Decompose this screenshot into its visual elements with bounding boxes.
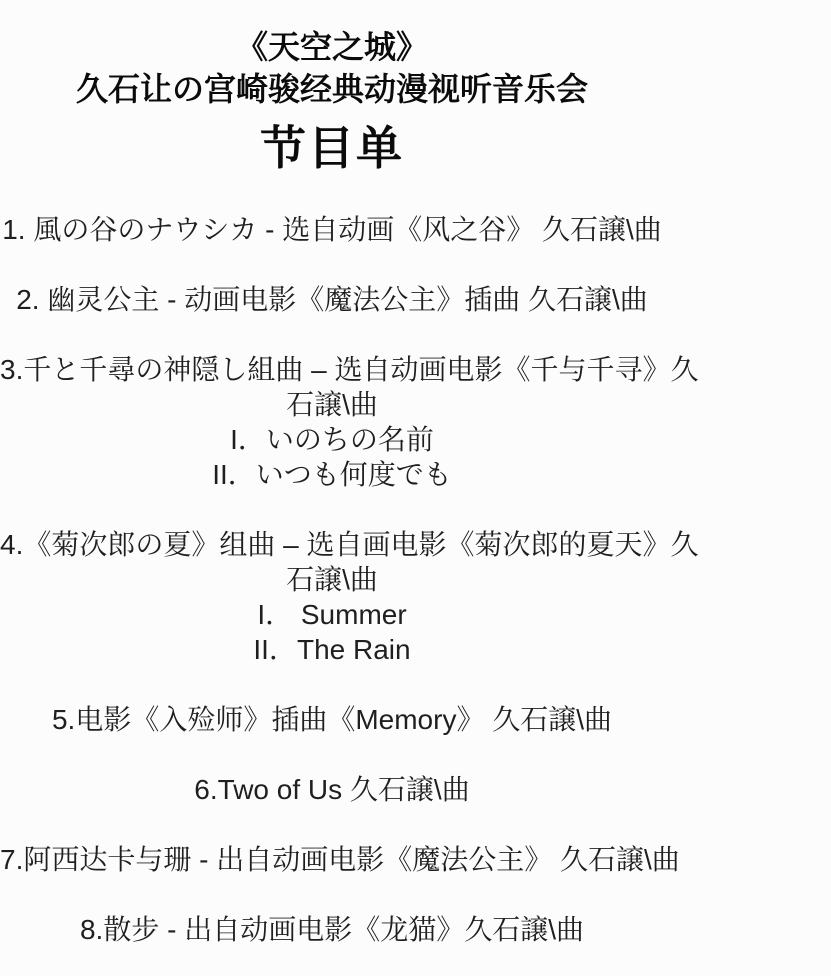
program-item-text: 1. 風の谷のナウシカ - 选自动画《风之谷》 久石譲\曲 — [0, 212, 664, 247]
program-item-5: 5.电影《入殓师》插曲《Memory》 久石譲\曲 — [0, 702, 664, 737]
concert-title: 《天空之城》 — [0, 26, 664, 68]
program-item-text: 6.Two of Us 久石譲\曲 — [0, 772, 664, 807]
document-content: 《天空之城》 久石让の宫崎骏经典动漫视听音乐会 节目单 1. 風の谷のナウシカ … — [0, 0, 664, 947]
program-item-2: 2. 幽灵公主 - 动画电影《魔法公主》插曲 久石譲\曲 — [0, 282, 664, 317]
program-subitem-text: I．いのちの名前 — [0, 422, 664, 457]
program-item-text: 5.电影《入殓师》插曲《Memory》 久石譲\曲 — [0, 702, 664, 737]
concert-subtitle: 久石让の宫崎骏经典动漫视听音乐会 — [0, 68, 664, 110]
program-subitem-text: II．いつも何度でも — [0, 457, 664, 492]
page-title: 节目单 — [0, 120, 664, 176]
document-header: 《天空之城》 久石让の宫崎骏经典动漫视听音乐会 节目单 — [0, 26, 664, 176]
program-item-text-wrap: 石譲\曲 — [0, 387, 664, 422]
program-item-text: 2. 幽灵公主 - 动画电影《魔法公主》插曲 久石譲\曲 — [0, 282, 664, 317]
program-item-text-wrap: 石譲\曲 — [0, 562, 664, 597]
program-item-1: 1. 風の谷のナウシカ - 选自动画《风之谷》 久石譲\曲 — [0, 212, 664, 247]
program-subitem-text: I． Summer — [0, 597, 664, 632]
concert-program-document: 《天空之城》 久石让の宫崎骏经典动漫视听音乐会 节目单 1. 風の谷のナウシカ … — [0, 0, 831, 976]
program-list: 1. 風の谷のナウシカ - 选自动画《风之谷》 久石譲\曲 2. 幽灵公主 - … — [0, 212, 664, 947]
program-item-text: 7.阿西达卡与珊 - 出自动画电影《魔法公主》 久石譲\曲 — [0, 842, 664, 877]
program-item-6: 6.Two of Us 久石譲\曲 — [0, 772, 664, 807]
program-item-4: 4.《菊次郎の夏》组曲 – 选自画电影《菊次郎的夏天》久 石譲\曲 I． Sum… — [0, 527, 664, 667]
program-subitem-text: II．The Rain — [0, 632, 664, 667]
program-item-8: 8.散步 - 出自动画电影《龙猫》久石譲\曲 — [0, 912, 664, 947]
program-item-7: 7.阿西达卡与珊 - 出自动画电影《魔法公主》 久石譲\曲 — [0, 842, 664, 877]
program-item-text: 4.《菊次郎の夏》组曲 – 选自画电影《菊次郎的夏天》久 — [0, 527, 664, 562]
program-item-3: 3.千と千尋の神隠し組曲 – 选自动画电影《千与千寻》久 石譲\曲 I．いのちの… — [0, 352, 664, 492]
program-item-text: 8.散步 - 出自动画电影《龙猫》久石譲\曲 — [0, 912, 664, 947]
program-item-text: 3.千と千尋の神隠し組曲 – 选自动画电影《千与千寻》久 — [0, 352, 664, 387]
